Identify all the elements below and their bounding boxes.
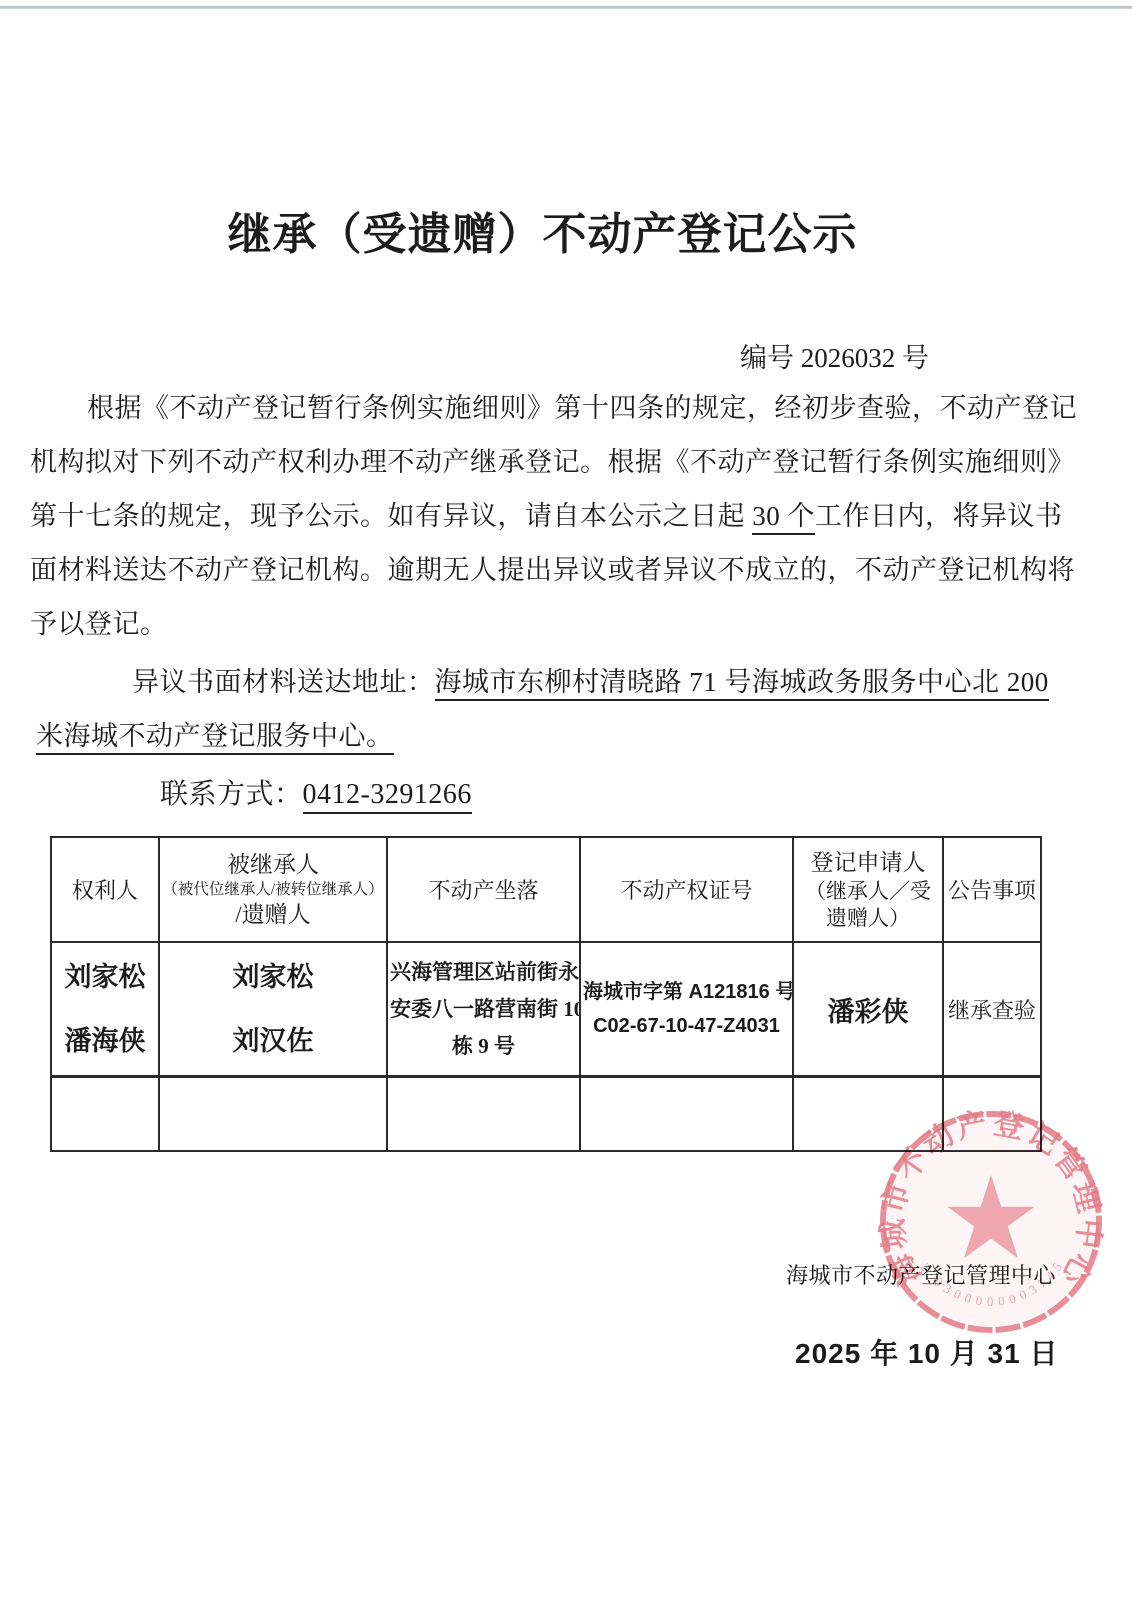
empty-cell — [51, 1077, 159, 1151]
header-decedent-tail: /遗赠人 — [162, 900, 384, 930]
contact-line: 联系方式：0412-3291266 — [160, 779, 472, 811]
official-seal: 海城市不动产登记管理中心 2·0300000003745 — [871, 1102, 1111, 1342]
cell-notice-matter: 继承查验 — [943, 942, 1041, 1077]
header-property-location: 不动产坐落 — [387, 837, 580, 942]
body-line-1: 根据《不动产登记暂行条例实施细则》第十四条的规定，经初步查验，不动产登记 — [87, 392, 1077, 424]
table-row: 刘家松 潘海侠 刘家松 刘汉佐 兴海管理区站前街永 安委八一路营南街 10 栋 … — [51, 942, 1041, 1077]
empty-cell — [159, 1077, 387, 1151]
decedent-2: 刘汉佐 — [162, 1009, 384, 1073]
address-underlined-1: 海城市东柳村清晓路 71 号海城政务服务中心北 200 — [435, 667, 1049, 701]
address-underlined-2: 米海城不动产登记服务中心。 — [36, 721, 394, 755]
body-line-3-post: 工作日内，将异议书 — [815, 501, 1063, 531]
empty-cell — [387, 1077, 580, 1151]
certificate-line-1: 海城市字第 A121816 号 — [583, 975, 790, 1009]
header-decedent-main: 被继承人 — [162, 850, 384, 880]
header-rights-holder: 权利人 — [51, 837, 159, 942]
address-line-1: 异议书面材料送达地址：海城市东柳村清晓路 71 号海城政务服务中心北 200 — [132, 666, 1049, 698]
deadline-underlined: 30 个 — [752, 501, 815, 535]
cell-applicant: 潘彩侠 — [793, 942, 943, 1077]
header-applicant-sub: （继承人／受遗赠人） — [796, 878, 940, 932]
cell-rights-holders: 刘家松 潘海侠 — [51, 942, 159, 1077]
empty-cell — [580, 1077, 793, 1151]
page-title: 继承（受遗赠）不动产登记公示 — [0, 198, 1085, 262]
header-applicant: 登记申请人 （继承人／受遗赠人） — [793, 837, 943, 942]
location-line-2: 安委八一路营南街 10 — [390, 991, 577, 1028]
certificate-line-2: C02-67-10-47-Z4031 — [583, 1009, 790, 1043]
contact-label: 联系方式： — [160, 779, 303, 810]
body-line-2: 机构拟对下列不动产权利办理不动产继承登记。根据《不动产登记暂行条例实施细则》 — [30, 446, 1075, 478]
doc-number: 编号 2026032 号 — [740, 336, 929, 375]
body-line-3-pre: 第十七条的规定，现予公示。如有异议，请自本公示之日起 — [30, 501, 752, 531]
body-line-3: 第十七条的规定，现予公示。如有异议，请自本公示之日起 30 个工作日内，将异议书 — [30, 500, 1063, 532]
header-notice-matter: 公告事项 — [943, 837, 1041, 942]
rights-holder-2: 潘海侠 — [54, 1009, 156, 1073]
cell-decedents: 刘家松 刘汉佐 — [159, 942, 387, 1077]
header-applicant-main: 登记申请人 — [796, 848, 940, 878]
notice-document: 继承（受遗赠）不动产登记公示 编号 2026032 号 根据《不动产登记暂行条例… — [0, 0, 1132, 1600]
address-label: 异议书面材料送达地址： — [132, 667, 435, 697]
rights-holder-1: 刘家松 — [54, 945, 156, 1009]
location-line-3: 栋 9 号 — [390, 1028, 577, 1065]
scan-artifact-line — [0, 6, 1132, 9]
cell-certificate-number: 海城市字第 A121816 号 C02-67-10-47-Z4031 — [580, 942, 793, 1077]
location-line-1: 兴海管理区站前街永 — [390, 954, 577, 991]
address-line-2: 米海城不动产登记服务中心。 — [36, 720, 394, 752]
body-line-5: 予以登记。 — [30, 608, 168, 640]
cell-property-location: 兴海管理区站前街永 安委八一路营南街 10 栋 9 号 — [387, 942, 580, 1077]
decedent-1: 刘家松 — [162, 945, 384, 1009]
header-decedent-sub: （被代位继承人/被转位继承人） — [162, 880, 384, 900]
contact-number: 0412-3291266 — [303, 779, 472, 814]
header-certificate-number: 不动产权证号 — [580, 837, 793, 942]
table-header-row: 权利人 被继承人 （被代位继承人/被转位继承人） /遗赠人 不动产坐落 不动产权… — [51, 837, 1041, 942]
header-decedent: 被继承人 （被代位继承人/被转位继承人） /遗赠人 — [159, 837, 387, 942]
body-line-4: 面材料送达不动产登记机构。逾期无人提出异议或者异议不成立的，不动产登记机构将 — [30, 554, 1075, 586]
